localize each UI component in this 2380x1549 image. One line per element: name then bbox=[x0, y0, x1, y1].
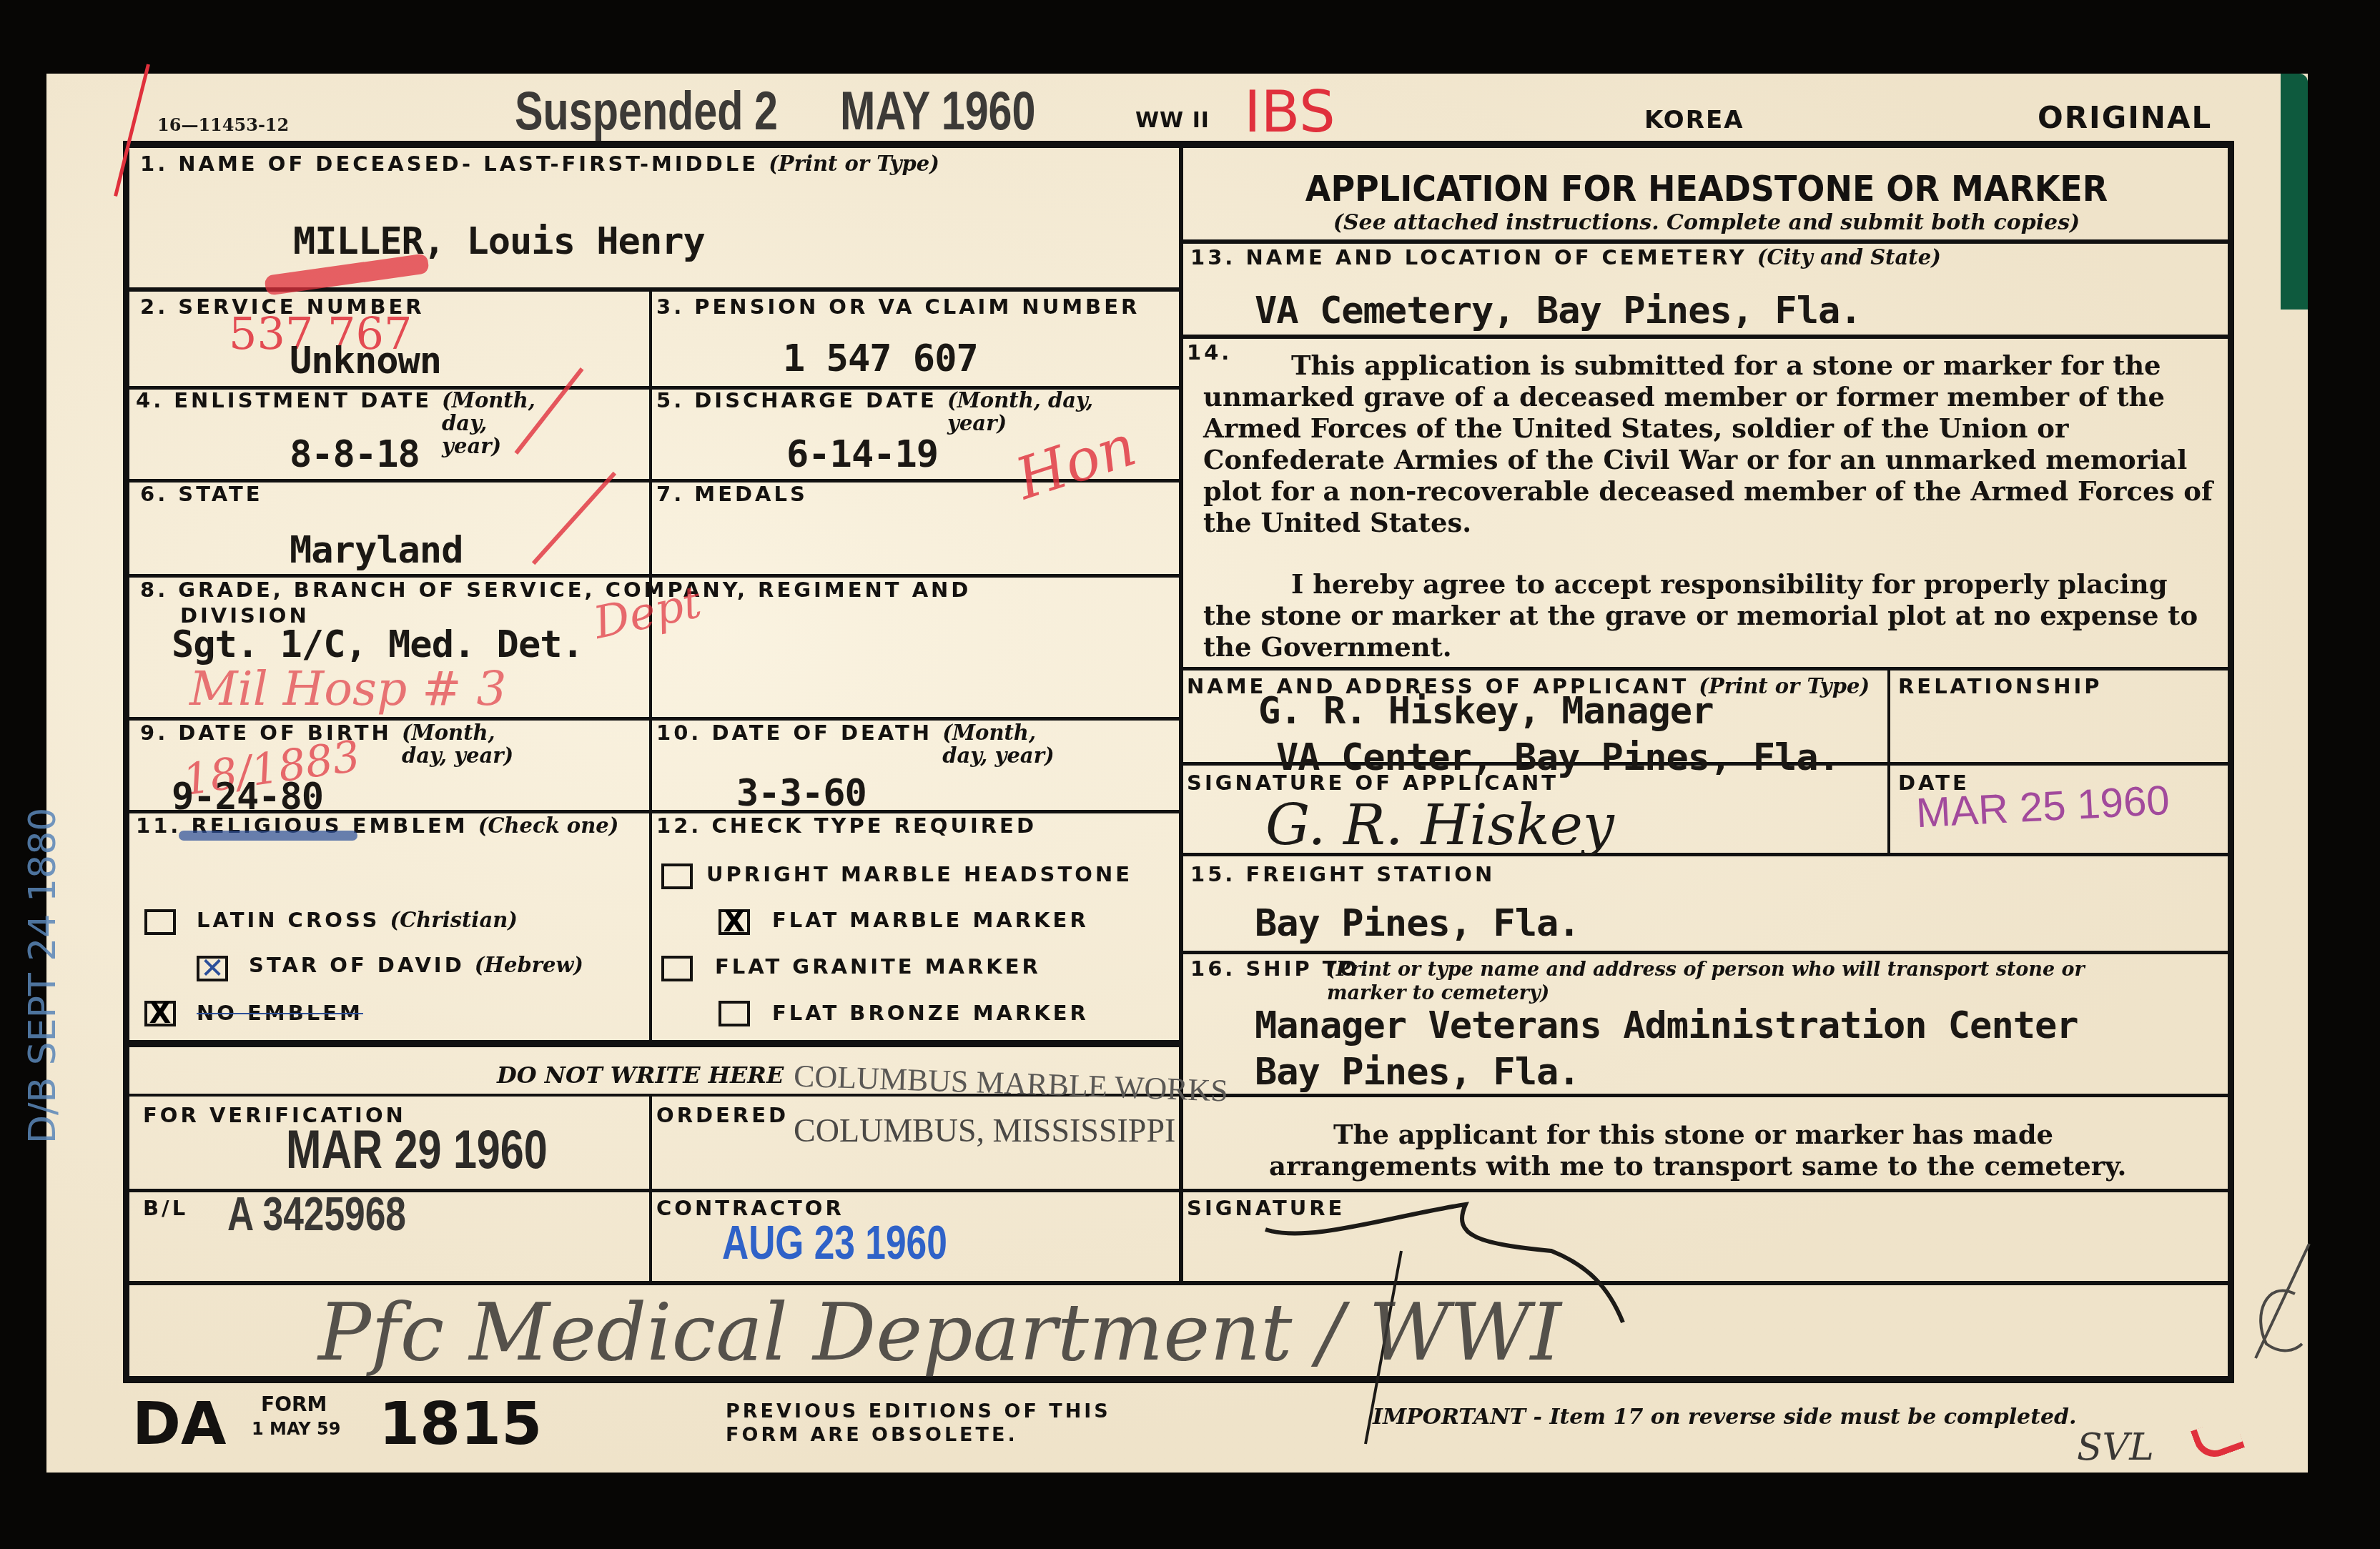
handwritten-service-note: Pfc Medical Department / WWI bbox=[318, 1287, 1561, 1378]
blue-pencil-strike bbox=[179, 831, 357, 841]
name-label: 1. NAME OF DECEASED- LAST-FIRST-MIDDLE (… bbox=[140, 153, 939, 176]
do-not-write-banner: DO NOT WRITE HERE bbox=[497, 1061, 784, 1089]
form-subtitle: (See attached instructions. Complete and… bbox=[1181, 210, 2232, 235]
box-left-border bbox=[123, 141, 129, 1383]
state-label: 6. STATE bbox=[140, 483, 263, 506]
claim-number-label: 3. PENSION OR VA CLAIM NUMBER bbox=[656, 296, 1140, 319]
cemetery-value[interactable]: VA Cemetery, Bay Pines, Fla. bbox=[1255, 289, 1862, 332]
flat-bronze-label: FLAT BRONZE MARKER bbox=[772, 1002, 1089, 1025]
latin-cross-label: LATIN CROSS (Christian) bbox=[197, 909, 518, 932]
birth-date-value[interactable]: 9-24-80 bbox=[172, 776, 323, 818]
flat-marble-label: FLAT MARBLE MARKER bbox=[772, 909, 1089, 932]
margin-birth-note: D/B SEPT 24 1880 bbox=[21, 808, 64, 1144]
applicant-signature-label: SIGNATURE OF APPLICANT bbox=[1187, 772, 1559, 795]
flat-marble-checkbox[interactable]: X bbox=[719, 909, 750, 935]
verification-date-stamp: MAR 29 1960 bbox=[286, 1119, 548, 1181]
copy-designation: ORIGINAL bbox=[2038, 102, 2212, 134]
enlistment-date-value[interactable]: 8-8-18 bbox=[290, 433, 420, 476]
death-date-value[interactable]: 3-3-60 bbox=[736, 772, 866, 815]
flat-granite-label: FLAT GRANITE MARKER bbox=[715, 956, 1041, 979]
contractor-date-stamp: AUG 23 1960 bbox=[722, 1215, 947, 1270]
discharge-date-label: 5. DISCHARGE DATE (Month, day, year) bbox=[656, 390, 1112, 435]
paper-edge-stain bbox=[2281, 74, 2308, 310]
suspended-month-year: MAY 1960 bbox=[840, 80, 1036, 142]
initials: SVL bbox=[2077, 1426, 2154, 1469]
star-of-david-checkbox[interactable]: ✕ bbox=[197, 956, 228, 981]
freight-station-label: 15. FREIGHT STATION bbox=[1190, 863, 1495, 886]
check-mark-icon: X bbox=[721, 906, 747, 938]
statement-paragraph-2: I hereby agree to accept responsibility … bbox=[1203, 568, 2218, 663]
latin-cross-checkbox[interactable] bbox=[144, 909, 176, 935]
flat-granite-checkbox[interactable] bbox=[661, 956, 693, 981]
form-title: APPLICATION FOR HEADSTONE OR MARKER bbox=[1223, 168, 2190, 209]
relationship-label: RELATIONSHIP bbox=[1898, 675, 2103, 698]
flat-bronze-checkbox[interactable] bbox=[719, 1001, 750, 1026]
form-date: 1 MAY 59 bbox=[252, 1419, 340, 1439]
ship-to-line1[interactable]: Manager Veterans Administration Center bbox=[1255, 1004, 2078, 1047]
discharge-date-value[interactable]: 6-14-19 bbox=[786, 433, 938, 476]
form-word: FORM bbox=[261, 1392, 327, 1416]
bl-label: B/L bbox=[143, 1197, 188, 1220]
suspended-stamp: Suspended bbox=[515, 80, 744, 142]
suspended-day: 2 bbox=[754, 80, 778, 142]
form-number: 1815 bbox=[379, 1390, 542, 1458]
obsolete-notice-line1: PREVIOUS EDITIONS OF THIS bbox=[726, 1401, 1111, 1422]
no-emblem-checkbox[interactable]: X bbox=[144, 1001, 176, 1026]
important-notice: IMPORTANT - Item 17 on reverse side must… bbox=[1373, 1405, 2077, 1430]
korea-label: KOREA bbox=[1644, 107, 1744, 134]
contractor-stamp-line2: COLUMBUS, MISSISSIPPI bbox=[794, 1112, 1175, 1149]
check-mark-icon: X bbox=[147, 998, 173, 1029]
type-required-label: 12. CHECK TYPE REQUIRED bbox=[656, 815, 1037, 838]
ww2-annotation: IBS bbox=[1244, 79, 1335, 145]
ship-to-hint: (Print or type name and address of perso… bbox=[1327, 958, 2085, 1005]
state-value[interactable]: Maryland bbox=[290, 529, 463, 572]
rule bbox=[1181, 239, 2232, 244]
star-of-david-label: STAR OF DAVID (Hebrew) bbox=[249, 954, 583, 977]
medals-label: 7. MEDALS bbox=[656, 483, 808, 506]
rule bbox=[1887, 667, 1890, 854]
agency-code: DA bbox=[132, 1390, 227, 1458]
statement-paragraph-1: This application is submitted for a ston… bbox=[1203, 350, 2218, 538]
rule bbox=[1181, 335, 2232, 339]
pencil-mark bbox=[2252, 1237, 2316, 1365]
claim-number-value[interactable]: 1 547 607 bbox=[783, 337, 978, 380]
service-number-value[interactable]: Unknown bbox=[290, 340, 441, 382]
rule bbox=[1181, 1094, 2232, 1097]
transport-statement: The applicant for this stone or marker h… bbox=[1269, 1119, 2163, 1182]
rule bbox=[123, 1040, 1181, 1047]
grade-branch-value[interactable]: Sgt. 1/C, Med. Det. bbox=[172, 623, 583, 666]
applicant-name[interactable]: G. R. Hiskey, Manager bbox=[1258, 690, 1713, 733]
bl-number: A 3425968 bbox=[227, 1187, 406, 1241]
rule bbox=[1181, 667, 2232, 670]
obsolete-notice-line2: FORM ARE OBSOLETE. bbox=[726, 1425, 1018, 1446]
freight-station-value[interactable]: Bay Pines, Fla. bbox=[1255, 902, 1580, 945]
grade-annotation-hosp: Mil Hosp # 3 bbox=[189, 661, 506, 716]
ordered-label: ORDERED bbox=[656, 1104, 789, 1127]
rule bbox=[1181, 951, 2232, 954]
death-date-label: 10. DATE OF DEATH (Month, day, year) bbox=[656, 722, 1085, 768]
ww2-label: WW II bbox=[1135, 109, 1210, 132]
center-divider bbox=[1179, 141, 1183, 1285]
deceased-name[interactable]: MILLER, Louis Henry bbox=[293, 220, 705, 263]
check-mark-icon: ✕ bbox=[199, 953, 225, 984]
form-code: 16—11453-12 bbox=[157, 114, 289, 135]
left-column-divider bbox=[649, 289, 652, 1044]
rule bbox=[1181, 1189, 2232, 1192]
grade-branch-label: 8. GRADE, BRANCH OF SERVICE, COMPANY, RE… bbox=[140, 579, 971, 602]
upright-marble-checkbox[interactable] bbox=[661, 863, 693, 889]
ship-to-line2[interactable]: Bay Pines, Fla. bbox=[1255, 1051, 1580, 1094]
no-emblem-label: NO EMBLEM bbox=[197, 1002, 363, 1025]
applicant-signature: G. R. Hiskey bbox=[1265, 793, 1614, 858]
upright-marble-label: UPRIGHT MARBLE HEADSTONE bbox=[706, 863, 1132, 886]
cemetery-label: 13. NAME AND LOCATION OF CEMETERY (City … bbox=[1190, 247, 1941, 269]
rule bbox=[123, 1281, 2234, 1285]
